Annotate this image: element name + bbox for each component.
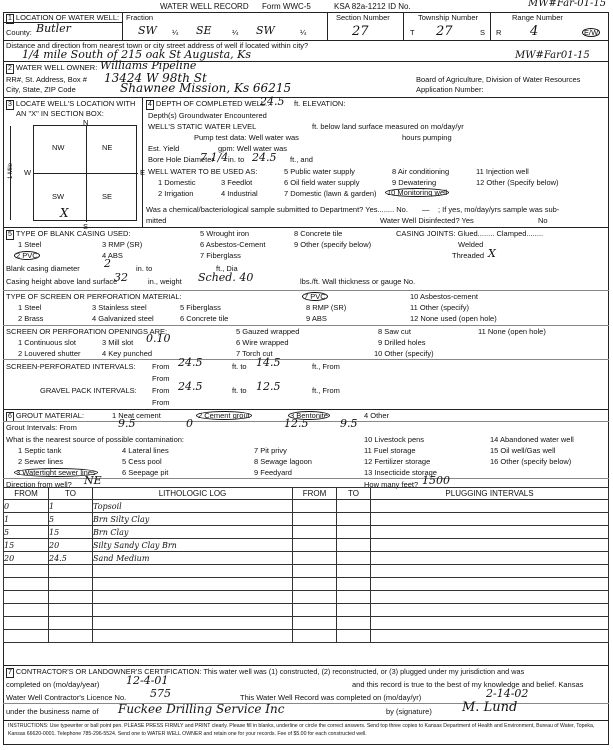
opening-key-punched[interactable]: 4 Key punched bbox=[102, 349, 152, 358]
from-label: From bbox=[152, 386, 170, 395]
table-row bbox=[4, 591, 609, 604]
groundwater-label: Depth(s) Groundwater Encountered bbox=[148, 111, 267, 120]
log-from[interactable]: 15 bbox=[4, 539, 49, 552]
use-monitoring[interactable]: 10 Monitoring well bbox=[385, 188, 449, 197]
screen-stainless[interactable]: 3 Stainless steel bbox=[92, 303, 147, 312]
screen-abs[interactable]: 9 ABS bbox=[306, 314, 327, 323]
record-date[interactable]: 2-14-02 bbox=[486, 687, 528, 700]
source-lateral[interactable]: 4 Lateral lines bbox=[122, 446, 169, 455]
fraction-2[interactable]: SE bbox=[196, 24, 212, 37]
fraction-3[interactable]: SW bbox=[256, 24, 275, 37]
pump-hours-label: hours pumping bbox=[402, 133, 452, 142]
table-row bbox=[4, 630, 609, 643]
table-row bbox=[4, 604, 609, 617]
id-label: ID No. bbox=[388, 2, 411, 11]
contamination-label: What is the nearest source of possible c… bbox=[6, 435, 184, 444]
table-row: 15Brn Silty Clay bbox=[4, 513, 609, 526]
from-label: From bbox=[152, 398, 170, 407]
form-title: WATER WELL RECORD bbox=[160, 2, 249, 11]
business-label: under the business name of bbox=[6, 707, 99, 716]
log-to[interactable]: 24.5 bbox=[49, 552, 93, 565]
true-statement: and this record is true to the best of m… bbox=[352, 680, 583, 689]
depth-label: 4DEPTH OF COMPLETED WELL... bbox=[146, 99, 273, 110]
section-box[interactable]: NW NE SW SE X bbox=[33, 125, 137, 221]
table-row bbox=[4, 565, 609, 578]
weight-label: in., weight bbox=[148, 277, 182, 286]
county-label: County: bbox=[6, 28, 32, 37]
blank-diameter[interactable]: 2 bbox=[104, 257, 111, 270]
source-seepage[interactable]: 6 Seepage pit bbox=[122, 468, 168, 477]
table-row bbox=[4, 578, 609, 591]
source-sewer[interactable]: 2 Sewer lines bbox=[18, 457, 63, 466]
record-completed-label: This Water Well Record was completed on … bbox=[240, 693, 421, 702]
col-lithologic-log: LITHOLOGIC LOG bbox=[93, 488, 293, 500]
east-label: E bbox=[140, 168, 145, 177]
section7-label: 7CONTRACTOR'S OR LANDOWNER'S CERTIFICATI… bbox=[6, 667, 524, 678]
grout-other[interactable]: 4 Other bbox=[364, 411, 389, 420]
id-value: MW#Far-01-15 bbox=[528, 0, 606, 9]
use-feedlot[interactable]: 3 Feedlot bbox=[221, 178, 252, 187]
opening-saw[interactable]: 8 Saw cut bbox=[378, 327, 411, 336]
threaded-mark: X bbox=[488, 247, 496, 260]
ft-from: ft., From bbox=[312, 386, 340, 395]
opening-none[interactable]: 11 None (open hole) bbox=[478, 327, 546, 336]
joint-welded[interactable]: Welded bbox=[458, 240, 483, 249]
casing-concrete[interactable]: 8 Concrete tile bbox=[294, 229, 342, 238]
range-label: Range Number bbox=[512, 13, 563, 22]
casing-rmp[interactable]: 3 RMP (SR) bbox=[102, 240, 142, 249]
casing-asbestos[interactable]: 6 Asbestos-Cement bbox=[200, 240, 265, 249]
board-label: Board of Agriculture, Division of Water … bbox=[416, 75, 580, 84]
section-number-label: Section Number bbox=[336, 13, 390, 22]
opening-other[interactable]: 10 Other (specify) bbox=[374, 349, 434, 358]
opening-mill-slot[interactable]: 3 Mill slot bbox=[102, 338, 133, 347]
col-to: TO bbox=[49, 488, 93, 500]
township-suffix: S bbox=[480, 28, 485, 37]
static-level-label: WELL'S STATIC WATER LEVEL bbox=[148, 122, 256, 131]
gravel-from[interactable]: 24.5 bbox=[178, 380, 203, 393]
signature[interactable]: M. Lund bbox=[462, 700, 517, 715]
address-label: RR#, St. Address, Box # bbox=[6, 75, 87, 84]
licence-label: Water Well Contractor's Licence No. bbox=[6, 693, 126, 702]
gravel-to[interactable]: 12.5 bbox=[256, 380, 281, 393]
use-injection[interactable]: 11 Injection well bbox=[476, 167, 529, 176]
direction-value[interactable]: NE bbox=[84, 474, 102, 487]
opening-drilled[interactable]: 9 Drilled holes bbox=[378, 338, 426, 347]
section5-label: 5TYPE OF BLANK CASING USED: bbox=[6, 229, 131, 240]
log-to[interactable]: 1 bbox=[49, 500, 93, 513]
from-label: From bbox=[152, 362, 170, 371]
opening-continuous[interactable]: 1 Continuous slot bbox=[18, 338, 76, 347]
wall-thickness-label: lbs./ft. Wall thickness or gauge No. bbox=[300, 277, 415, 286]
static-level-tail: ft. below land surface measured on mo/da… bbox=[312, 122, 464, 131]
ft-to: ft. to bbox=[232, 362, 247, 371]
ne-label: NE bbox=[102, 143, 112, 152]
source-privy[interactable]: 7 Pit privy bbox=[254, 446, 287, 455]
source-oil-gas[interactable]: 15 Oil well/Gas well bbox=[490, 446, 555, 455]
log-to[interactable]: 5 bbox=[49, 513, 93, 526]
joint-threaded[interactable]: Threaded bbox=[452, 251, 484, 260]
section-number[interactable]: 27 bbox=[352, 24, 369, 39]
sample-no-mark[interactable]: — bbox=[422, 205, 430, 214]
screen-rmp[interactable]: 8 RMP (SR) bbox=[306, 303, 346, 312]
use-air[interactable]: 8 Air conditioning bbox=[392, 167, 449, 176]
grout-cement[interactable]: 2 Cement grout bbox=[196, 411, 252, 420]
col-plug-to: TO bbox=[337, 488, 371, 500]
screen-galvanized[interactable]: 4 Galvanized steel bbox=[92, 314, 154, 323]
from-label: From bbox=[152, 374, 170, 383]
screen-to[interactable]: 14.5 bbox=[256, 356, 281, 369]
business-name[interactable]: Fuckee Drilling Service Inc bbox=[118, 702, 285, 716]
north-label: N bbox=[83, 118, 88, 127]
grout2-to[interactable]: 9.5 bbox=[340, 417, 358, 430]
sample-tail: ; If yes, mo/day/yrs sample was sub- bbox=[438, 205, 559, 214]
mw-id: MW#Far01-15 bbox=[515, 50, 590, 61]
source-fuel[interactable]: 11 Fuel storage bbox=[364, 446, 416, 455]
township-label: Township Number bbox=[418, 13, 478, 22]
table-row: 01Topsoil bbox=[4, 500, 609, 513]
table-row: 2024.5Sand Medium bbox=[4, 552, 609, 565]
log-from[interactable]: 0 bbox=[4, 500, 49, 513]
table-row: 1520Silty Sandy Clay Brn bbox=[4, 539, 609, 552]
use-dewatering[interactable]: 9 Dewatering bbox=[392, 178, 436, 187]
casing-joints-label: CASING JOINTS: Glued........ Clamped....… bbox=[396, 229, 543, 238]
screen-brass[interactable]: 2 Brass bbox=[18, 314, 43, 323]
fraction-label: Fraction bbox=[126, 13, 153, 22]
ft-from: ft., From bbox=[312, 362, 340, 371]
log-desc[interactable]: Brn Silty Clay bbox=[93, 513, 293, 526]
yield-label: Est. Yield bbox=[148, 144, 179, 153]
log-desc[interactable]: Brn Clay bbox=[93, 526, 293, 539]
disinfected-no[interactable]: No bbox=[538, 216, 548, 225]
bore-in-to: in. to bbox=[228, 155, 244, 164]
col-plug-from: FROM bbox=[293, 488, 337, 500]
sample-tail2: mitted bbox=[146, 216, 166, 225]
lithologic-log-table: FROM TO LITHOLOGIC LOG FROM TO PLUGGING … bbox=[3, 487, 609, 643]
location-mark: X bbox=[60, 206, 69, 220]
screen-other[interactable]: 11 Other (specify) bbox=[410, 303, 469, 312]
quarter-mark: ¼ bbox=[232, 28, 238, 37]
use-domestic[interactable]: 1 Domestic bbox=[158, 178, 196, 187]
screen-intervals-label: SCREEN-PERFORATED INTERVALS: bbox=[6, 362, 136, 371]
opening-gauzed[interactable]: 5 Gauzed wrapped bbox=[236, 327, 299, 336]
sample-question: Was a chemical/bacteriological sample su… bbox=[146, 205, 408, 214]
log-to[interactable]: 15 bbox=[49, 526, 93, 539]
source-feedyard[interactable]: 9 Feedyard bbox=[254, 468, 292, 477]
bore-diameter[interactable]: 7 1/4 bbox=[200, 151, 228, 164]
use-lawn[interactable]: 7 Domestic (lawn & garden) bbox=[284, 189, 377, 198]
elevation-label: ft. ELEVATION: bbox=[294, 99, 345, 108]
screen-asbestos[interactable]: 10 Asbestos-cement bbox=[410, 292, 478, 301]
col-from: FROM bbox=[4, 488, 49, 500]
application-number-label: Application Number: bbox=[416, 85, 484, 94]
se-label: SE bbox=[102, 192, 112, 201]
use-public[interactable]: 5 Public water supply bbox=[284, 167, 355, 176]
log-desc[interactable]: Sand Medium bbox=[93, 552, 293, 565]
source-cess[interactable]: 5 Cess pool bbox=[122, 457, 162, 466]
log-from[interactable]: 20 bbox=[4, 552, 49, 565]
signature-label: by (signature) bbox=[386, 707, 432, 716]
casing-height-label: Casing height above land surface bbox=[6, 277, 117, 286]
in-to: in. to bbox=[136, 264, 152, 273]
screen-none[interactable]: 12 None used (open hole) bbox=[410, 314, 497, 323]
use-irrigation[interactable]: 2 Irrigation bbox=[158, 189, 193, 198]
log-desc[interactable]: Silty Sandy Clay Brn bbox=[93, 539, 293, 552]
instructions: INSTRUCTIONS: Use typewriter or ball poi… bbox=[8, 722, 606, 738]
log-to[interactable]: 20 bbox=[49, 539, 93, 552]
west-label: W bbox=[24, 168, 31, 177]
feet-value[interactable]: 1500 bbox=[422, 474, 450, 487]
licence-number[interactable]: 575 bbox=[150, 687, 171, 700]
grout1-to[interactable]: 0 bbox=[186, 417, 193, 430]
form-header: WATER WELL RECORD Form WWC-5 KSA 82a-121… bbox=[0, 2, 613, 12]
ksa-ref: KSA 82a-1212 bbox=[334, 2, 386, 11]
use-oilfield[interactable]: 6 Oil field water supply bbox=[284, 178, 359, 187]
casing-fiberglass[interactable]: 7 Fiberglass bbox=[200, 251, 241, 260]
source-other[interactable]: 16 Other (specify below) bbox=[490, 457, 571, 466]
screen-steel[interactable]: 1 Steel bbox=[18, 303, 41, 312]
use-industrial[interactable]: 4 Industrial bbox=[221, 189, 258, 198]
county-value[interactable]: Butler bbox=[36, 22, 71, 35]
gravel-pack-label: GRAVEL PACK INTERVALS: bbox=[40, 386, 137, 395]
disinfected-label: Water Well Disinfected? Yes bbox=[380, 216, 474, 225]
table-row: 515Brn Clay bbox=[4, 526, 609, 539]
section2-label: 2WATER WELL OWNER: bbox=[6, 63, 97, 74]
openings-label: SCREEN OR PERFORATION OPENINGS ARE: bbox=[6, 327, 167, 336]
grout1-from[interactable]: 9.5 bbox=[118, 417, 136, 430]
mill-slot-value[interactable]: 0.10 bbox=[146, 332, 171, 345]
grout-intervals-label: Grout Intervals: From bbox=[6, 423, 77, 432]
quarter-mark: ¼ bbox=[300, 28, 306, 37]
log-desc[interactable]: Topsoil bbox=[93, 500, 293, 513]
range-direction: E/W bbox=[582, 28, 600, 37]
grout2-from[interactable]: 12.5 bbox=[284, 417, 309, 430]
log-from[interactable]: 1 bbox=[4, 513, 49, 526]
screen-fiberglass[interactable]: 5 Fiberglass bbox=[180, 303, 221, 312]
city-label: City, State, ZIP Code bbox=[6, 85, 76, 94]
screen-from[interactable]: 24.5 bbox=[178, 356, 203, 369]
owner-city[interactable]: Shawnee Mission, Ks 66215 bbox=[120, 81, 291, 95]
source-septic[interactable]: 1 Septic tank bbox=[18, 446, 61, 455]
range-prefix: R bbox=[496, 28, 501, 37]
source-abandoned[interactable]: 14 Abandoned water well bbox=[490, 435, 574, 444]
log-from[interactable]: 5 bbox=[4, 526, 49, 539]
quarter-mark: ¼ bbox=[172, 28, 178, 37]
form-number: Form WWC-5 bbox=[262, 2, 311, 11]
use-label: WELL WATER TO BE USED AS: bbox=[148, 167, 257, 176]
source-fertilizer[interactable]: 12 Fertilizer storage bbox=[364, 457, 430, 466]
mile-label: 1 Mile bbox=[8, 163, 14, 179]
screen-material-label: TYPE OF SCREEN OR PERFORATION MATERIAL: bbox=[6, 292, 182, 301]
screen-concrete[interactable]: 6 Concrete tile bbox=[180, 314, 228, 323]
nw-label: NW bbox=[52, 143, 65, 152]
casing-pvc[interactable]: 2 PVC bbox=[14, 251, 40, 260]
completed-label: completed on (mo/day/year) bbox=[6, 680, 99, 689]
range-number[interactable]: 4 bbox=[530, 24, 538, 39]
bore-and: ft., and bbox=[290, 155, 313, 164]
township-prefix: T bbox=[410, 28, 415, 37]
opening-wire[interactable]: 6 Wire wrapped bbox=[236, 338, 289, 347]
casing-height[interactable]: 32 bbox=[114, 271, 128, 284]
sw-label: SW bbox=[52, 192, 64, 201]
casing-weight[interactable]: Sched. 40 bbox=[198, 271, 253, 284]
col-plugging-intervals: PLUGGING INTERVALS bbox=[371, 488, 609, 500]
source-livestock[interactable]: 10 Livestock pens bbox=[364, 435, 424, 444]
opening-louvered[interactable]: 2 Louvered shutter bbox=[18, 349, 81, 358]
blank-diameter-label: Blank casing diameter bbox=[6, 264, 80, 273]
ft-to: ft. to bbox=[232, 386, 247, 395]
fraction-1[interactable]: SW bbox=[138, 24, 157, 37]
table-row bbox=[4, 617, 609, 630]
pump-test-label: Pump test data: Well water was bbox=[194, 133, 299, 142]
section3-label2: AN "X" IN SECTION BOX: bbox=[16, 109, 104, 118]
depth-value[interactable]: 24.5 bbox=[260, 95, 285, 108]
completed-date[interactable]: 12-4-01 bbox=[126, 674, 168, 687]
bore-depth[interactable]: 24.5 bbox=[252, 151, 277, 164]
casing-other[interactable]: 9 Other (specify below) bbox=[294, 240, 371, 249]
screen-pvc[interactable]: 7 PVC bbox=[302, 292, 328, 301]
casing-wrought-iron[interactable]: 5 Wrought iron bbox=[200, 229, 249, 238]
township-number[interactable]: 27 bbox=[436, 24, 453, 39]
source-lagoon[interactable]: 8 Sewage lagoon bbox=[254, 457, 312, 466]
use-other[interactable]: 12 Other (Specify below) bbox=[476, 178, 559, 187]
casing-steel[interactable]: 1 Steel bbox=[18, 240, 41, 249]
